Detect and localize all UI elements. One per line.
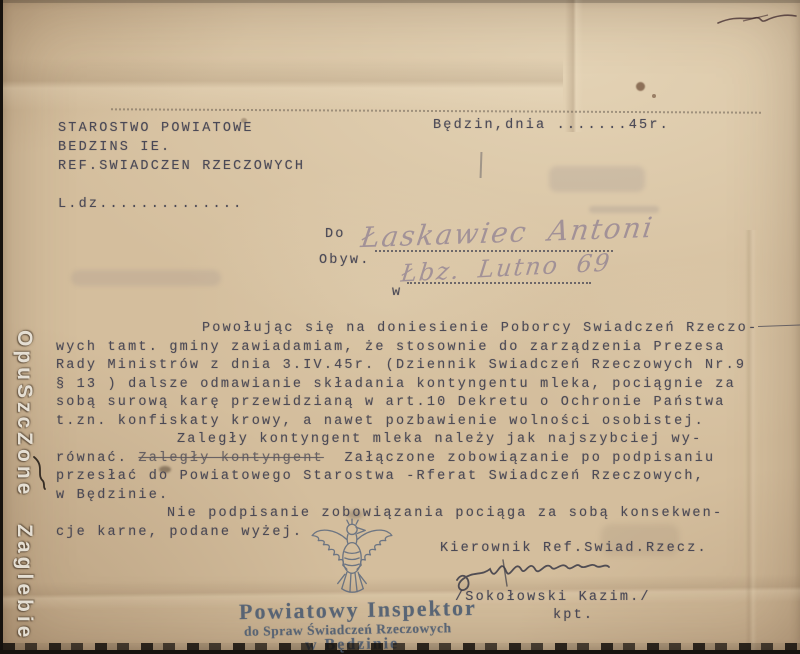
body-line: w Będzinie. [56,487,766,506]
strike-mark [758,324,800,327]
fold-shadow-top [3,58,563,110]
signer-name: /Sokołowski Kazim./ [455,589,651,608]
addressee-citizen-label: Obyw. [319,252,371,271]
perforation-dotted-line [111,108,761,113]
signer-rank: kpt. [553,607,594,626]
bleedthrough-smudge [549,166,645,192]
ink-stain [652,94,656,98]
letterhead-office-city: BEDZINS IE. [58,139,171,158]
document-paper: STAROSTWO POWIATOWE BEDZINS IE. REF.SWIA… [3,0,800,650]
scanned-document-photo: { "watermark": { "text": "OpuSzcZone Zag… [0,0,800,654]
date-line: Będzin,dnia .......45r. [433,117,670,136]
watermark-text: OpuSzcZone Zaglebie [12,330,36,641]
bleedthrough-smudge [71,270,221,286]
polish-eagle-emblem-icon [306,513,398,605]
pen-tick-mark [480,152,483,178]
body-line: przesłać do Powiatowego Starostwa -Rfera… [56,468,766,487]
pen-scribble-mark [715,6,799,32]
body-line-with-strikeout: równać. Zaległy kontyngent Załączone zob… [56,450,766,469]
body-line: § 13 ) dalsze odmawianie składania konty… [56,376,766,395]
stamp-city: w Będzinie [305,635,400,654]
ink-stain [636,82,645,91]
torn-bottom-edge [3,643,800,650]
body-line: Nie podpisanie zobowiązania pociąga za s… [56,505,766,524]
body-line: wych tamt. gminy zawiadamiam, że stosown… [56,339,766,358]
fold-shadow-vertical [565,0,583,132]
body-line: Rady Ministrów z dnia 3.IV.45r. (Dzienni… [56,357,766,376]
letter-body: Powołując się na doniesienie Poborcy Swi… [56,320,766,542]
struck-out-text: Zaległy kontyngent [138,451,323,466]
top-edge-shadow [3,0,800,3]
body-line: sobą surową karę przewidzianą w art.10 D… [56,394,766,413]
letterhead-office-name: STAROSTWO POWIATOWE [58,120,254,139]
letterhead-department: REF.SWIADCZEN RZECZOWYCH [58,158,305,177]
addressee-to-label: Do [325,226,346,245]
handwritten-signature [451,556,656,592]
body-line: Zaległy kontyngent mleka należy jak najs… [56,431,766,450]
body-line: t.zn. konfiskaty krowy, a nawet pozbawie… [56,413,766,432]
reference-number-line: L.dz.............. [58,196,243,215]
body-line: Powołując się na doniesienie Poborcy Swi… [56,320,766,339]
